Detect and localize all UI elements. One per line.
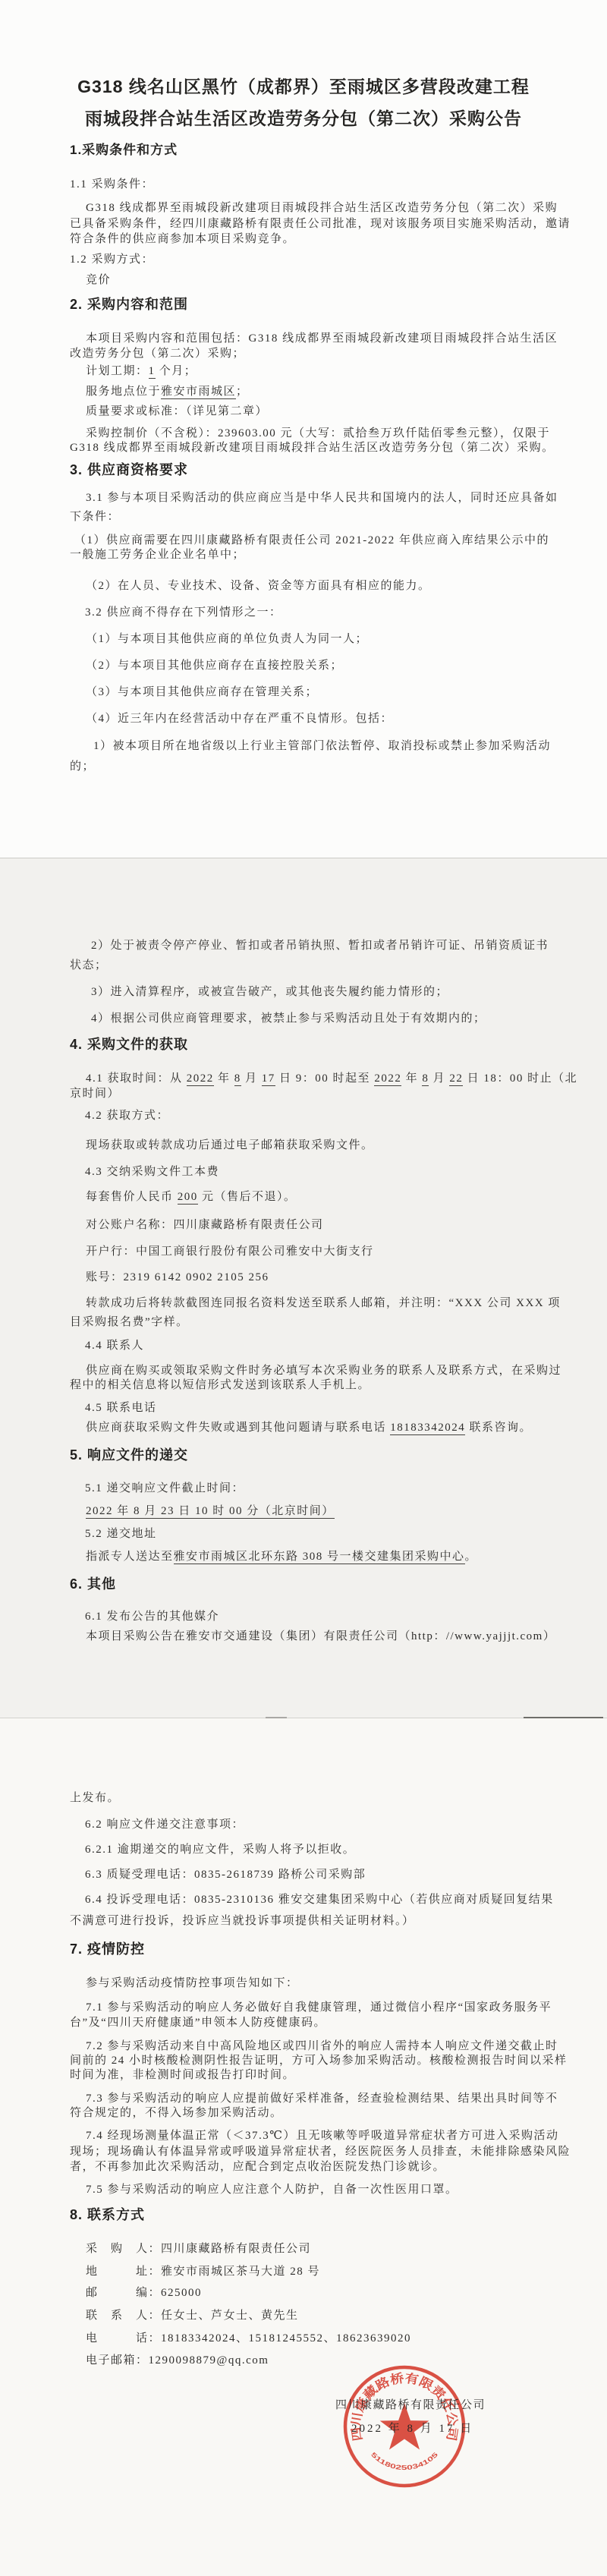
underlined-text: 雅安市雨城区 <box>161 386 236 399</box>
underlined-text: 22 <box>449 1072 463 1086</box>
doc-line: 7.1 参与采购活动的响应人务必做好自我健康管理，通过微信小程序“国家政务服务平 <box>86 2000 552 2015</box>
text-segment: 6.1 发布公告的其他媒介 <box>85 1611 219 1623</box>
text-segment: （1）供应商需要在四川康藏路桥有限责任公司 2021-2022 年供应商入库结果… <box>74 534 549 546</box>
text-segment: 时间为准，非检测时间或报告打印时间。 <box>70 2069 295 2081</box>
doc-line: 已具备采购条件，经四川康藏路桥有限责任公司批准，现对该服务项目实施采购活动，邀请 <box>70 216 571 231</box>
section-heading: 8. 联系方式 <box>70 2207 145 2222</box>
doc-line: 每套售价人民币 200 元（售后不退）。 <box>86 1189 297 1205</box>
text-segment: 元（售后不退）。 <box>198 1191 297 1203</box>
section-heading: 1.采购条件和方式 <box>70 143 178 158</box>
text-segment: 7.2 参与采购活动来自中高风险地区或四川省外的响应人需持本人响应文件递交截止时 <box>86 2040 558 2052</box>
doc-line: 5.2 递交地址 <box>85 1526 157 1542</box>
text-segment: 6.4 投诉受理电话：0835-2310136 雅安交建集团采购中心（若供应商对… <box>85 1894 554 1906</box>
text-segment: 年 <box>214 1072 234 1085</box>
text-segment: 4.2 获取方式： <box>85 1110 169 1122</box>
doc-line: 符合条件的供应商参加本项目采购竞争。 <box>70 231 295 247</box>
text-segment: 联 系 人：任女士、芦女士、黄先生 <box>86 2310 299 2322</box>
text-segment: 1.采购条件和方式 <box>70 143 178 157</box>
text-segment: 程中的相关信息将以短信形式发送到该联系人手机上。 <box>70 1379 370 1391</box>
doc-title-line: G318 线名山区黑竹（成都界）至雨城区多营段改建工程 <box>0 79 607 94</box>
text-segment: 7.5 参与采购活动的响应人应注意个人防护，自备一次性医用口罩。 <box>86 2184 458 2196</box>
doc-line: 竞价 <box>86 272 111 288</box>
text-segment: 开户行：中国工商银行股份有限公司雅安中大街支行 <box>86 1245 374 1258</box>
text-segment: 服务地点位于 <box>86 386 161 398</box>
text-segment: 月 <box>429 1072 449 1085</box>
text-segment: 5. 响应文件的递交 <box>70 1447 188 1463</box>
doc-line: 7.4 经现场测量体温正常（＜37.3℃）且无咳嗽等呼吸道异常症状者方可进入采购… <box>86 2128 559 2143</box>
doc-line: 间前的 24 小时核酸检测阴性报告证明，方可入场参加采购活动。核酸检测报告时间以… <box>70 2053 568 2068</box>
doc-line: 采购控制价（不含税）：239603.00 元（大写：贰拾叁万玖仟陆佰零叁元整），… <box>86 426 550 441</box>
text-segment: 转款成功后将转款截图连同报名资料发送至联系人邮箱，并注明：“XXX 公司 XXX… <box>86 1297 561 1309</box>
doc-line: 1.1 采购条件： <box>70 177 154 192</box>
text-segment: 日 18：00 时止（北 <box>463 1072 577 1085</box>
scan-edge-artifact <box>524 1717 603 1718</box>
text-segment: （1）与本项目其他供应商的单位负责人为同一人； <box>86 633 368 645</box>
doc-line: 京时间） <box>70 1086 120 1101</box>
text-segment: 4.1 获取时间：从 <box>86 1072 187 1085</box>
text-segment: 月 <box>241 1072 262 1085</box>
text-segment: 每套售价人民币 <box>86 1191 178 1203</box>
underlined-text: 200 <box>178 1191 198 1205</box>
doc-line: 台”及“四川天府健康通”申领本人防疫健康码。 <box>70 2015 326 2030</box>
text-segment: 对公账户名称：四川康藏路桥有限责任公司 <box>86 1219 324 1231</box>
doc-line: 4.2 获取方式： <box>85 1108 169 1123</box>
text-segment: 7.1 参与采购活动的响应人务必做好自我健康管理，通过微信小程序“国家政务服务平 <box>86 2001 552 2014</box>
text-segment: 间前的 24 小时核酸检测阴性报告证明，方可入场参加采购活动。核酸检测报告时间以… <box>70 2055 568 2067</box>
doc-line: 程中的相关信息将以短信形式发送到该联系人手机上。 <box>70 1378 370 1393</box>
text-segment: 符合条件的供应商参加本项目采购竞争。 <box>70 233 295 245</box>
text-segment: 5.2 递交地址 <box>85 1528 157 1540</box>
text-segment: 改造劳务分包（第二次）采购； <box>70 348 245 360</box>
doc-line: 1.2 采购方式： <box>70 252 154 267</box>
doc-line: 邮 编：625000 <box>86 2285 202 2300</box>
doc-line: 不满意可进行投诉，投诉应当就投诉事项提供相关证明材料。） <box>70 1913 415 1929</box>
doc-line: 质量要求或标准：（详见第二章） <box>86 404 268 419</box>
scanned-document: 四川康藏路桥有限责任公司 5118025034105 四川康藏路桥有限责任公司 … <box>0 0 607 2576</box>
text-segment: 1.2 采购方式： <box>70 254 154 266</box>
text-segment: 已具备采购条件，经四川康藏路桥有限责任公司批准，现对该服务项目实施采购活动，邀请 <box>70 218 571 230</box>
text-segment: ； <box>236 386 249 398</box>
text-segment: 年 <box>401 1072 422 1085</box>
doc-title-line: 雨城段拌合站生活区改造劳务分包（第二次）采购公告 <box>0 111 607 126</box>
doc-line: 5.1 递交响应文件截止时间： <box>85 1481 244 1496</box>
text-segment: 供应商获取采购文件失败或遇到其他问题请与联系电话 <box>86 1422 390 1434</box>
text-segment: 目采购报名费”字样。 <box>70 1316 189 1328</box>
text-segment: 3.1 参与本项目采购活动的供应商应当是中华人民共和国境内的法人，同时还应具备如 <box>86 492 558 504</box>
doc-line: 状态； <box>70 958 108 973</box>
text-segment: 一般施工劳务企业企业名单中； <box>70 549 245 561</box>
text-segment: 2）处于被责令停产停业、暂扣或者吊销执照、暂扣或者吊销许可证、吊销资质证书 <box>91 940 549 952</box>
text-segment: （2）与本项目其他供应商存在直接控股关系； <box>86 660 343 672</box>
text-segment: 现场；现场确认有体温异常或呼吸道异常症状者，经医院医务人员排查，未能排除感染风险 <box>70 2146 571 2158</box>
text-segment: 京时间） <box>70 1088 120 1100</box>
doc-line: 下条件： <box>70 509 120 524</box>
text-segment: 参与采购活动疫情防控事项告知如下： <box>86 1977 299 1989</box>
doc-line: 6.2 响应文件递交注意事项： <box>85 1817 244 1832</box>
text-segment: 电 话：18183342024、15181245552、18623639020 <box>86 2332 411 2345</box>
text-segment: 地 址：雅安市雨城区茶马大道 28 号 <box>86 2266 320 2278</box>
text-segment: 7.3 参与采购活动的响应人应提前做好采样准备，经查验检测结果、结果出具时间等不 <box>86 2093 558 2105</box>
text-segment: 状态； <box>70 959 108 972</box>
doc-line: （2）在人员、专业技术、设备、资金等方面具有相应的能力。 <box>86 578 431 594</box>
text-segment: 的； <box>70 761 95 773</box>
text-segment: G318 线成都界至雨城段新改建项目雨城段拌合站生活区改造劳务分包（第二次）采购… <box>70 442 555 454</box>
doc-line: （2）与本项目其他供应商存在直接控股关系； <box>86 658 343 673</box>
section-heading: 2. 采购内容和范围 <box>70 297 188 312</box>
doc-line: 转款成功后将转款截图连同报名资料发送至联系人邮箱，并注明：“XXX 公司 XXX… <box>86 1296 561 1311</box>
section-heading: 7. 疫情防控 <box>70 1941 145 1957</box>
doc-line: 目采购报名费”字样。 <box>70 1315 189 1330</box>
text-segment: 。 <box>465 1551 478 1563</box>
text-segment: 账号：2319 6142 0902 2105 256 <box>86 1271 269 1283</box>
text-segment: 7.4 经现场测量体温正常（＜37.3℃）且无咳嗽等呼吸道异常症状者方可进入采购… <box>86 2130 559 2142</box>
text-segment: 计划工期： <box>86 365 149 377</box>
doc-line: 1）被本项目所在地省级以上行业主管部门依法暂停、取消投标或禁止参加采购活动 <box>93 738 551 754</box>
doc-line: 7.3 参与采购活动的响应人应提前做好采样准备，经查验检测结果、结果出具时间等不 <box>86 2091 558 2106</box>
text-segment: 4.4 联系人 <box>85 1340 144 1352</box>
doc-line: 的； <box>70 759 95 774</box>
scan-edge-artifact <box>266 1717 287 1718</box>
text-segment: G318 线名山区黑竹（成都界）至雨城区多营段改建工程 <box>77 77 530 96</box>
doc-line: 符合规定的，不得入场参加采购活动。 <box>70 2105 283 2121</box>
doc-line: 3.1 参与本项目采购活动的供应商应当是中华人民共和国境内的法人，同时还应具备如 <box>86 490 558 505</box>
text-segment: 6.2.1 逾期递交的响应文件，采购人将予以拒收。 <box>85 1844 355 1856</box>
text-segment: 联系咨询。 <box>465 1422 532 1434</box>
text-segment: 个月； <box>156 365 197 377</box>
doc-line: （3）与本项目其他供应商存在管理关系； <box>86 685 318 700</box>
text-segment: 竞价 <box>86 274 111 286</box>
doc-line: 者，不再参加此次采购活动，应配合到定点收治医院发热门诊就诊。 <box>70 2159 445 2174</box>
text-segment: 电子邮箱：1290098879@qq.com <box>86 2354 269 2367</box>
text-segment: 1.1 采购条件： <box>70 178 154 191</box>
doc-line: 地 址：雅安市雨城区茶马大道 28 号 <box>86 2264 320 2279</box>
text-segment: 2. 采购内容和范围 <box>70 297 188 312</box>
doc-line: 4）根据公司供应商管理要求，被禁止参与采购活动且处于有效期内的； <box>91 1011 486 1026</box>
text-segment: 下条件： <box>70 511 120 523</box>
doc-line: 4.5 联系电话 <box>85 1400 157 1416</box>
section-heading: 3. 供应商资格要求 <box>70 462 188 477</box>
doc-line: 对公账户名称：四川康藏路桥有限责任公司 <box>86 1217 324 1233</box>
text-segment: 采购控制价（不含税）：239603.00 元（大写：贰拾叁万玖仟陆佰零叁元整），… <box>86 427 550 439</box>
text-segment: 4.5 联系电话 <box>85 1402 157 1414</box>
text-segment: 4）根据公司供应商管理要求，被禁止参与采购活动且处于有效期内的； <box>91 1012 486 1025</box>
text-segment: 4.3 交纳采购文件工本费 <box>85 1166 219 1178</box>
doc-line: 服务地点位于雅安市雨城区； <box>86 384 249 399</box>
doc-line: （4）近三年内在经营活动中存在严重不良情形。包括： <box>86 711 393 726</box>
text-segment: 6. 其他 <box>70 1576 116 1592</box>
underlined-text: 8 <box>422 1072 429 1086</box>
doc-line: 6.3 质疑受理电话：0835-2618739 路桥公司采购部 <box>85 1867 366 1882</box>
text-segment: 符合规定的，不得入场参加采购活动。 <box>70 2107 283 2119</box>
doc-line: （1）与本项目其他供应商的单位负责人为同一人； <box>86 631 368 647</box>
text-segment: （3）与本项目其他供应商存在管理关系； <box>86 686 318 698</box>
underlined-text: 2022 <box>187 1072 214 1086</box>
underlined-text: 8 <box>234 1072 241 1086</box>
text-segment: 上发布。 <box>70 1792 120 1804</box>
doc-line: 6.2.1 逾期递交的响应文件，采购人将予以拒收。 <box>85 1842 355 1857</box>
doc-line: 一般施工劳务企业企业名单中； <box>70 547 245 562</box>
doc-line: 6.1 发布公告的其他媒介 <box>85 1609 219 1624</box>
text-segment: （4）近三年内在经营活动中存在严重不良情形。包括： <box>86 713 393 725</box>
doc-line: 7.2 参与采购活动来自中高风险地区或四川省外的响应人需持本人响应文件递交截止时 <box>86 2039 558 2054</box>
text-segment: 6.3 质疑受理电话：0835-2618739 路桥公司采购部 <box>85 1869 366 1881</box>
text-segment: 6.2 响应文件递交注意事项： <box>85 1819 244 1831</box>
doc-line: 4.3 交纳采购文件工本费 <box>85 1164 219 1179</box>
doc-line: 采 购 人：四川康藏路桥有限责任公司 <box>86 2241 311 2256</box>
text-segment: 本项目采购公告在雅安市交通建设（集团）有限责任公司（http：//www.yaj… <box>86 1630 555 1642</box>
doc-line: 3）进入清算程序，或被宣告破产，或其他丧失履约能力情形的； <box>91 984 448 1000</box>
doc-line: 电 话：18183342024、15181245552、18623639020 <box>86 2331 411 2346</box>
text-segment: 雨城段拌合站生活区改造劳务分包（第二次）采购公告 <box>85 109 522 128</box>
underlined-text: 1 <box>149 365 156 379</box>
doc-line: 2022 年 8 月 23 日 10 时 00 分（北京时间） <box>86 1504 335 1519</box>
text-segment: 者，不再参加此次采购活动，应配合到定点收治医院发热门诊就诊。 <box>70 2161 445 2173</box>
seal-company-line: 四川康藏路桥有限责任公司 <box>335 2396 486 2412</box>
underlined-text: 17 <box>262 1072 275 1086</box>
section-heading: 5. 响应文件的递交 <box>70 1447 188 1463</box>
text-segment: （2）在人员、专业技术、设备、资金等方面具有相应的能力。 <box>86 580 431 592</box>
text-segment: 3. 供应商资格要求 <box>70 462 188 477</box>
text-segment: 邮 编：625000 <box>86 2287 202 2299</box>
seal-date-line: 2022 年 8 月 17 日 <box>351 2420 473 2436</box>
underlined-text: 18183342024 <box>390 1422 465 1435</box>
doc-line: 现场获取或转款成功后通过电子邮箱获取采购文件。 <box>86 1138 374 1153</box>
text-segment: 8. 联系方式 <box>70 2207 145 2222</box>
doc-line: 计划工期：1 个月； <box>86 364 197 379</box>
doc-line: 上发布。 <box>70 1790 120 1806</box>
seal-number-text: 5118025034105 <box>370 2450 439 2471</box>
doc-line: （1）供应商需要在四川康藏路桥有限责任公司 2021-2022 年供应商入库结果… <box>74 533 549 548</box>
text-segment: 3）进入清算程序，或被宣告破产，或其他丧失履约能力情形的； <box>91 986 448 998</box>
doc-line: 指派专人送达至雅安市雨城区北环东路 308 号一楼交建集团采购中心。 <box>86 1549 477 1564</box>
underlined-text: 雅安市雨城区北环东路 308 号一楼交建集团采购中心 <box>174 1551 465 1564</box>
doc-line: 6.4 投诉受理电话：0835-2310136 雅安交建集团采购中心（若供应商对… <box>85 1892 554 1907</box>
doc-line: 账号：2319 6142 0902 2105 256 <box>86 1270 269 1285</box>
underlined-text: 2022 年 8 月 23 日 10 时 00 分（北京时间） <box>86 1505 335 1519</box>
doc-line: 本项目采购内容和范围包括：G318 线成都界至雨城段新改建项目雨城段拌合站生活区 <box>86 331 558 346</box>
doc-line: 时间为准，非检测时间或报告打印时间。 <box>70 2067 295 2083</box>
doc-line: 联 系 人：任女士、芦女士、黄先生 <box>86 2308 299 2323</box>
doc-line: 供应商在购买或领取采购文件时务必填写本次采购业务的联系人及联系方式，在采购过 <box>86 1363 561 1378</box>
doc-line: 4.1 获取时间：从 2022 年 8 月 17 日 9：00 时起至 2022… <box>86 1071 577 1086</box>
doc-line: 参与采购活动疫情防控事项告知如下： <box>86 1976 299 1991</box>
doc-line: 2）处于被责令停产停业、暂扣或者吊销执照、暂扣或者吊销许可证、吊销资质证书 <box>91 938 549 953</box>
text-segment: 日 9：00 时起至 <box>275 1072 375 1085</box>
doc-line: 4.4 联系人 <box>85 1338 144 1353</box>
text-segment: 不满意可进行投诉，投诉应当就投诉事项提供相关证明材料。） <box>70 1915 415 1927</box>
doc-line: G318 线成都界至雨城段新改建项目雨城段拌合站生活区改造劳务分包（第二次）采购 <box>86 200 558 216</box>
text-segment: 7. 疫情防控 <box>70 1941 145 1957</box>
text-segment: 1）被本项目所在地省级以上行业主管部门依法暂停、取消投标或禁止参加采购活动 <box>93 740 551 752</box>
text-segment: 采 购 人：四川康藏路桥有限责任公司 <box>86 2243 311 2255</box>
doc-line: 电子邮箱：1290098879@qq.com <box>86 2353 269 2368</box>
doc-line: 本项目采购公告在雅安市交通建设（集团）有限责任公司（http：//www.yaj… <box>86 1629 555 1644</box>
text-segment: 质量要求或标准：（详见第二章） <box>86 405 268 417</box>
section-heading: 6. 其他 <box>70 1576 116 1592</box>
text-segment: 台”及“四川天府健康通”申领本人防疫健康码。 <box>70 2017 326 2029</box>
text-segment: G318 线成都界至雨城段新改建项目雨城段拌合站生活区改造劳务分包（第二次）采购 <box>86 202 558 214</box>
text-segment: 本项目采购内容和范围包括：G318 线成都界至雨城段新改建项目雨城段拌合站生活区 <box>86 332 558 345</box>
doc-line: 开户行：中国工商银行股份有限公司雅安中大街支行 <box>86 1244 374 1259</box>
text-segment: 5.1 递交响应文件截止时间： <box>85 1482 244 1494</box>
underlined-text: 2022 <box>374 1072 401 1086</box>
section-heading: 4. 采购文件的获取 <box>70 1037 188 1052</box>
text-segment: 现场获取或转款成功后通过电子邮箱获取采购文件。 <box>86 1139 374 1151</box>
doc-line: 3.2 供应商不得存在下列情形之一： <box>85 605 282 620</box>
doc-line: 供应商获取采购文件失败或遇到其他问题请与联系电话 18183342024 联系咨… <box>86 1420 532 1435</box>
text-segment: 指派专人送达至 <box>86 1551 174 1563</box>
doc-line: 改造劳务分包（第二次）采购； <box>70 346 245 361</box>
doc-line: G318 线成都界至雨城段新改建项目雨城段拌合站生活区改造劳务分包（第二次）采购… <box>70 440 555 455</box>
text-segment: 4. 采购文件的获取 <box>70 1037 188 1052</box>
text-segment: 3.2 供应商不得存在下列情形之一： <box>85 606 282 619</box>
text-segment: 供应商在购买或领取采购文件时务必填写本次采购业务的联系人及联系方式，在采购过 <box>86 1365 561 1377</box>
doc-line: 现场；现场确认有体温异常或呼吸道异常症状者，经医院医务人员排查，未能排除感染风险 <box>70 2144 571 2159</box>
doc-line: 7.5 参与采购活动的响应人应注意个人防护，自备一次性医用口罩。 <box>86 2182 458 2197</box>
